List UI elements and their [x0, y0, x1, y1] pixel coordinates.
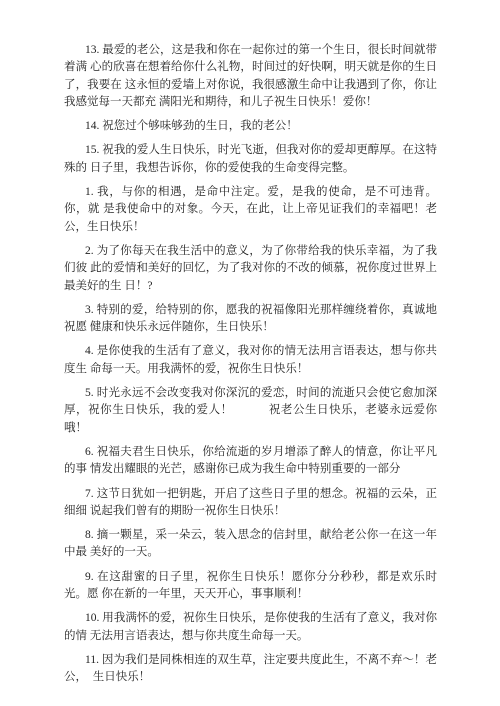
wish-paragraph-7: 7. 这节日犹如一把钥匙，开启了这些日子里的想念。祝福的云朵，正细细 说起我们曾…	[64, 486, 437, 521]
document-page: { "page": { "background": "#ffffff", "te…	[0, 0, 500, 706]
wish-paragraph-5: 5. 时光永远不会改变我对你深沉的爱恋，时间的流逝只会使它愈加深厚，祝你生日快乐…	[64, 385, 437, 437]
wish-paragraph-2: 2. 为了你每天在我生活中的意义，为了你带给我的快乐幸福，为了我们彼 此的爱情和…	[64, 243, 437, 295]
wish-paragraph-4: 4. 是你使我的生活有了意义，我对你的情无法用言语表达，想与你共度生 命每一天。…	[64, 343, 437, 378]
wish-list: 13. 最爱的老公，这是我和你在一起你过的第一个生日，很长时间就带着满 心的欣喜…	[64, 42, 437, 687]
wish-paragraph-13: 13. 最爱的老公，这是我和你在一起你过的第一个生日，很长时间就带着满 心的欣喜…	[64, 42, 437, 111]
wish-paragraph-9: 9. 在这甜蜜的日子里，祝你生日快乐！愿你分分秒秒，都是欢乐时光。愿 你在新的一…	[64, 569, 437, 604]
wish-paragraph-6: 6. 祝福夫君生日快乐，你给流逝的岁月增添了醉人的情意，你让平凡的事 情发出耀眼…	[64, 444, 437, 479]
wish-paragraph-15: 15. 祝我的爱人生日快乐，时光飞逝，但我对你的爱却更醇厚。在这特殊的 日子里，…	[64, 142, 437, 177]
wish-paragraph-1: 1. 我，与你的相遇，是命中注定。爱，是我的使命，是不可违背。你，就 是我使命中…	[64, 184, 437, 236]
wish-paragraph-10: 10. 用我满怀的爱，祝你生日快乐，是你使我的生活有了意义，我对你的情 无法用言…	[64, 610, 437, 645]
wish-paragraph-3: 3. 特别的爱，给特别的你，愿我的祝福像阳光那样缠绕着你，真诚地祝愿 健康和快乐…	[64, 302, 437, 337]
wish-paragraph-11: 11. 因为我们是同株相连的双生草，注定要共度此生，不离不弃～！老公， 生日快乐…	[64, 652, 437, 687]
page: 13. 最爱的老公，这是我和你在一起你过的第一个生日，很长时间就带着满 心的欣喜…	[0, 0, 500, 706]
wish-paragraph-8: 8. 摘一颗星，采一朵云，装入思念的信封里，献给老公你一在这一年中最 美好的一天…	[64, 527, 437, 562]
wish-paragraph-14: 14. 祝您过个够味够劲的生日，我的老公！	[64, 118, 437, 135]
